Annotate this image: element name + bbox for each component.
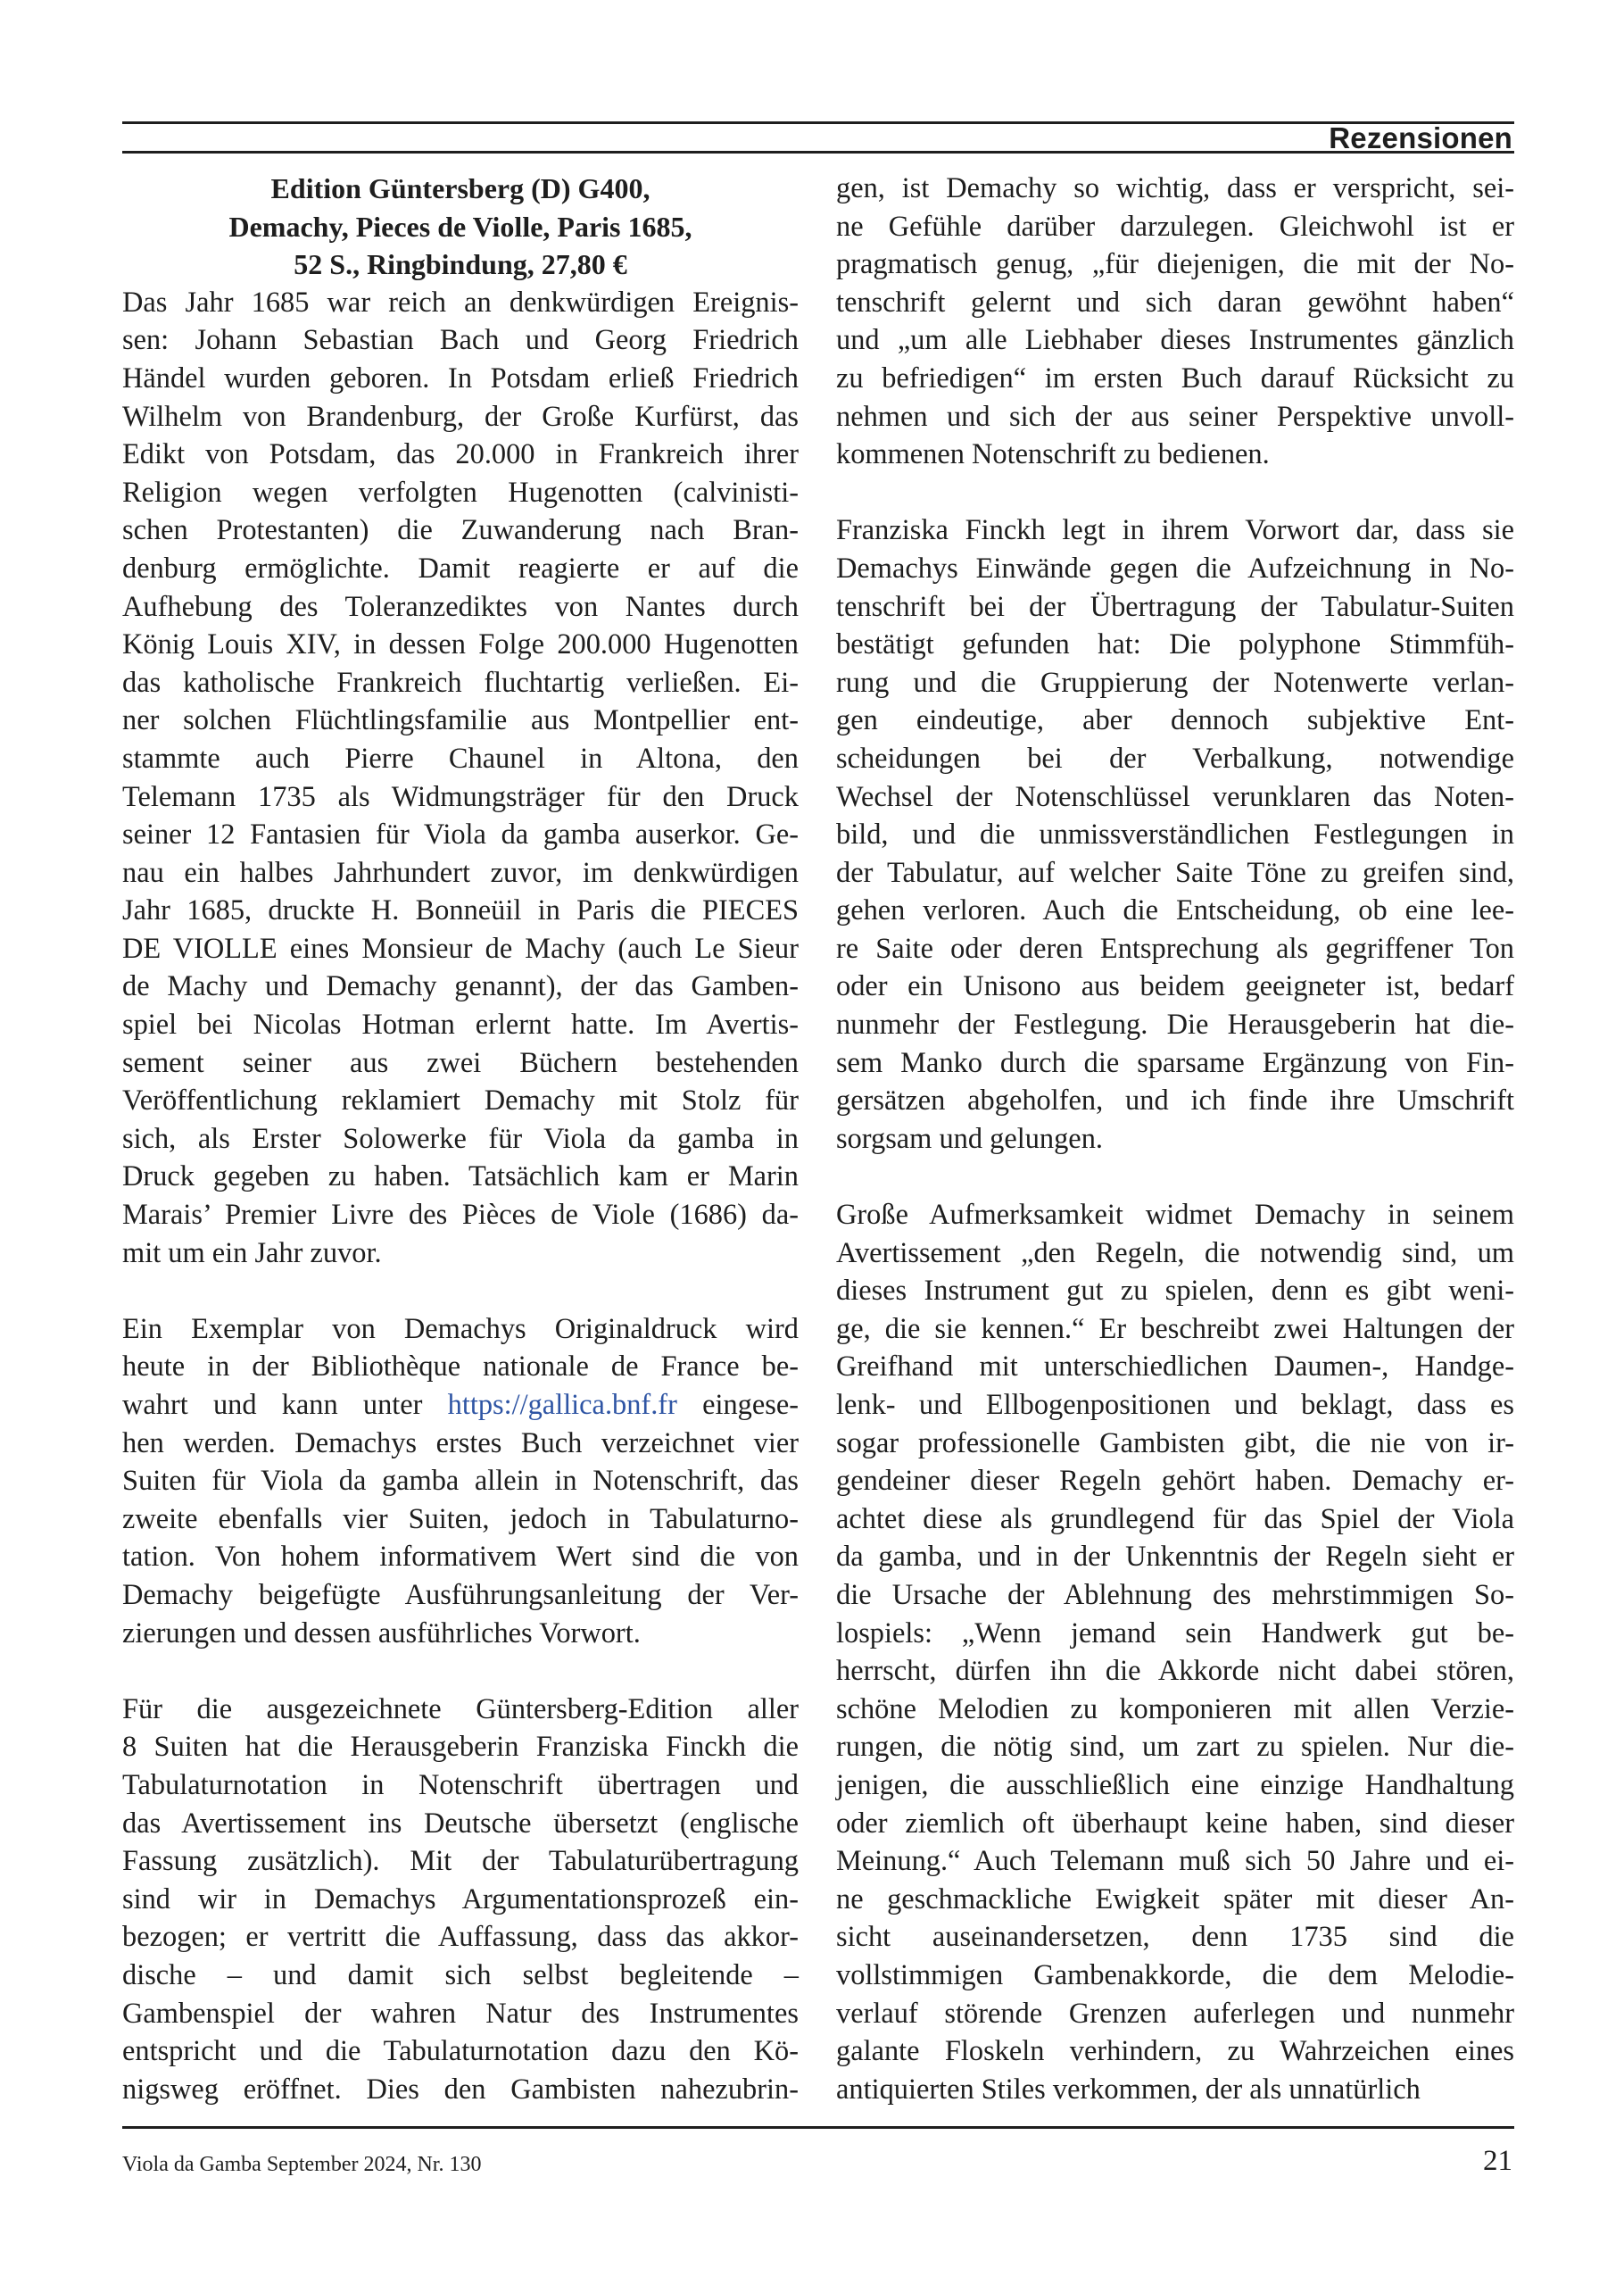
text-line: Große Aufmerksamkeit widmet Demachy in s… xyxy=(836,1196,1514,1234)
text-line: spiel bei Nicolas Hotman erlernt hatte. … xyxy=(122,1006,799,1044)
text-line: der Tabulatur, auf welcher Saite Töne zu… xyxy=(836,854,1514,893)
text-line: das Avertissement ins Deutsche übersetzt… xyxy=(122,1805,799,1843)
text-line: lospiels: „Wenn jemand sein Handwerk gut… xyxy=(836,1615,1514,1653)
text-line: sicht auseinandersetzen, denn 1735 sind … xyxy=(836,1918,1514,1957)
right-column-body: gen, ist Demachy so wichtig, dass er ver… xyxy=(836,170,1514,2108)
text-line: nigsweg eröffnet. Dies den Gambisten nah… xyxy=(122,2071,799,2109)
page-header: Rezensionen xyxy=(122,121,1514,154)
review-title-line: Demachy, Pieces de Violle, Paris 1685, xyxy=(122,208,799,246)
text-line: oder ein Unisono aus beidem geeigneter i… xyxy=(836,968,1514,1006)
text-line: heute in der Bibliothèque nationale de F… xyxy=(122,1348,799,1386)
text-line: 8 Suiten hat die Herausgeberin Franziska… xyxy=(122,1728,799,1766)
text-line: sich, als Erster Solowerke für Viola da … xyxy=(122,1120,799,1159)
review-title-line: Edition Güntersberg (D) G400, xyxy=(122,170,799,208)
text-line: gendeiner dieser Regeln gehört haben. De… xyxy=(836,1462,1514,1500)
paragraph: Franziska Finckh legt in ihrem Vorwort d… xyxy=(836,511,1514,1158)
text-line: oder ziemlich oft überhaupt keine haben,… xyxy=(836,1805,1514,1843)
text-line: scheidungen bei der Verbalkung, notwendi… xyxy=(836,740,1514,778)
text-line: Religion wegen verfolgten Hugenotten (ca… xyxy=(122,474,799,512)
text-line: Suiten für Viola da gamba allein in Note… xyxy=(122,1462,799,1500)
text-line: denburg ermöglichte. Damit reagierte er … xyxy=(122,550,799,588)
text-line: Demachys Einwände gegen die Aufzeichnung… xyxy=(836,550,1514,588)
text-line: sorgsam und gelungen. xyxy=(836,1120,1514,1159)
text-line: sem Manko durch die sparsame Ergänzung v… xyxy=(836,1044,1514,1083)
text-line: Aufhebung des Toleranzediktes von Nantes… xyxy=(122,588,799,627)
text-line: tenschrift gelernt und sich daran gewöhn… xyxy=(836,284,1514,322)
text-line: dieses Instrument gut zu spielen, denn e… xyxy=(836,1272,1514,1310)
text-line: da gamba, und in der Unkenntnis der Rege… xyxy=(836,1538,1514,1576)
text-line: schen Protestanten) die Zuwanderung nach… xyxy=(122,511,799,550)
left-column-body: Das Jahr 1685 war reich an denkwürdigen … xyxy=(122,284,799,2109)
text-line: bezogen; er vertritt die Auffassung, das… xyxy=(122,1918,799,1957)
page-footer: Viola da Gamba September 2024, Nr. 130 2… xyxy=(122,2126,1514,2129)
text-line: entspricht und die Tabulaturnotation daz… xyxy=(122,2032,799,2071)
text-line: ne geschmackliche Ewigkeit später mit di… xyxy=(836,1881,1514,1919)
text-line: ner solchen Flüchtlingsfamilie aus Montp… xyxy=(122,702,799,740)
paragraph: Für die ausgezeichnete Güntersberg-Editi… xyxy=(122,1691,799,2109)
text-line: Fassung zusätzlich). Mit der Tabulaturüb… xyxy=(122,1842,799,1881)
text-line: König Louis XIV, in dessen Folge 200.000… xyxy=(122,626,799,664)
text-line: kommenen Notenschrift zu bedienen. xyxy=(836,436,1514,474)
text-line: achtet diese als grundlegend für das Spi… xyxy=(836,1500,1514,1539)
text-line: Händel wurden geboren. In Potsdam erließ… xyxy=(122,360,799,398)
text-line: Meinung.“ Auch Telemann muß sich 50 Jahr… xyxy=(836,1842,1514,1881)
text-line: tation. Von hohem informativem Wert sind… xyxy=(122,1538,799,1576)
text-line: sogar professionelle Gambisten gibt, die… xyxy=(836,1425,1514,1463)
text-line: Für die ausgezeichnete Güntersberg-Editi… xyxy=(122,1691,799,1729)
text-line: und „um alle Liebhaber dieses Instrument… xyxy=(836,321,1514,360)
text-line: stammte auch Pierre Chaunel in Altona, d… xyxy=(122,740,799,778)
text-line: antiquierten Stiles verkommen, der als u… xyxy=(836,2071,1514,2109)
text-line: zierungen und dessen ausführliches Vorwo… xyxy=(122,1615,799,1653)
footer-publication: Viola da Gamba September 2024, Nr. 130 xyxy=(122,2152,481,2177)
text-line: dische – und damit sich selbst begleiten… xyxy=(122,1957,799,1995)
text-line: rungen, die nötig sind, um zart zu spiel… xyxy=(836,1728,1514,1766)
right-column: gen, ist Demachy so wichtig, dass er ver… xyxy=(836,170,1514,2108)
gallica-link[interactable]: https://gallica.bnf.fr xyxy=(448,1389,677,1421)
text-line: bestätigt gefunden hat: Die polyphone St… xyxy=(836,626,1514,664)
text-line: Demachy beigefügte Ausführungsanleitung … xyxy=(122,1576,799,1615)
text-line: ge, die sie kennen.“ Er beschreibt zwei … xyxy=(836,1310,1514,1349)
text-line: rung und die Gruppierung der Notenwerte … xyxy=(836,664,1514,702)
text-line: Das Jahr 1685 war reich an denkwürdigen … xyxy=(122,284,799,322)
section-label: Rezensionen xyxy=(1329,123,1512,154)
text-line: Greifhand mit unterschiedlichen Daumen-,… xyxy=(836,1348,1514,1386)
text-line: mit um ein Jahr zuvor. xyxy=(122,1234,799,1273)
text-line: re Saite oder deren Entsprechung als geg… xyxy=(836,930,1514,968)
text-line: seiner 12 Fantasien für Viola da gamba a… xyxy=(122,816,799,854)
text-line: Veröffentlichung reklamiert Demachy mit … xyxy=(122,1082,799,1120)
text-line: Tabulaturnotation in Notenschrift übertr… xyxy=(122,1766,799,1805)
text-line: de Machy und Demachy genannt), der das G… xyxy=(122,968,799,1006)
text-line: die Ursache der Ablehnung des mehrstimmi… xyxy=(836,1576,1514,1615)
text-line: hen werden. Demachys erstes Buch verzeic… xyxy=(122,1425,799,1463)
text-line: tenschrift bei der Übertragung der Tabul… xyxy=(836,588,1514,627)
paragraph: Große Aufmerksamkeit widmet Demachy in s… xyxy=(836,1196,1514,2108)
text-line: gehen verloren. Auch die Entscheidung, o… xyxy=(836,892,1514,930)
text-line: nau ein halbes Jahrhundert zuvor, im den… xyxy=(122,854,799,893)
text-line: Edikt von Potsdam, das 20.000 in Frankre… xyxy=(122,436,799,474)
text-line: lenk- und Ellbogenpositionen und beklagt… xyxy=(836,1386,1514,1425)
text-line: ne Gefühle darüber darzulegen. Gleichwoh… xyxy=(836,208,1514,246)
text-line: galante Floskeln verhindern, zu Wahrzeic… xyxy=(836,2032,1514,2071)
text-line: sind wir in Demachys Argumentationsproze… xyxy=(122,1881,799,1919)
text-line: sen: Johann Sebastian Bach und Georg Fri… xyxy=(122,321,799,360)
text-line: Franziska Finckh legt in ihrem Vorwort d… xyxy=(836,511,1514,550)
text-line: zu befriedigen“ im ersten Buch darauf Rü… xyxy=(836,360,1514,398)
paragraph: Das Jahr 1685 war reich an denkwürdigen … xyxy=(122,284,799,1272)
text-line: bild, und die unmissverständlichen Festl… xyxy=(836,816,1514,854)
text-line: gen, ist Demachy so wichtig, dass er ver… xyxy=(836,170,1514,208)
text-line: gen eindeutige, aber dennoch subjektive … xyxy=(836,702,1514,740)
text-line: zweite ebenfalls vier Suiten, jedoch in … xyxy=(122,1500,799,1539)
text-line: verlauf störende Grenzen auferlegen und … xyxy=(836,1995,1514,2033)
text-line: herrscht, dürfen ihn die Akkorde nicht d… xyxy=(836,1652,1514,1691)
text-line: Marais’ Premier Livre des Pièces de Viol… xyxy=(122,1196,799,1234)
text-line: jenigen, die ausschließlich eine einzige… xyxy=(836,1766,1514,1805)
text-line: Jahr 1685, druckte H. Bonneüil in Paris … xyxy=(122,892,799,930)
text-line: Ein Exemplar von Demachys Originaldruck … xyxy=(122,1310,799,1349)
text-line: gersätzen abgeholfen, und ich finde ihre… xyxy=(836,1082,1514,1120)
text-line: wahrt und kann unter https://gallica.bnf… xyxy=(122,1386,799,1425)
text-line: pragmatisch genug, „für diejenigen, die … xyxy=(836,245,1514,284)
text-line: Gambenspiel der wahren Natur des Instrum… xyxy=(122,1995,799,2033)
text-line: das katholische Frankreich fluchtartig v… xyxy=(122,664,799,702)
text-line: Avertissement „den Regeln, die notwendig… xyxy=(836,1234,1514,1273)
text-line: sement seiner aus zwei Büchern bestehend… xyxy=(122,1044,799,1083)
text-line: nunmehr der Festlegung. Die Herausgeberi… xyxy=(836,1006,1514,1044)
review-title-line: 52 S., Ringbindung, 27,80 € xyxy=(122,245,799,284)
text-line: Wechsel der Notenschlüssel verunklaren d… xyxy=(836,778,1514,817)
text-line: nehmen und sich der aus seiner Perspekti… xyxy=(836,398,1514,436)
paragraph: Ein Exemplar von Demachys Originaldruck … xyxy=(122,1310,799,1652)
text-line: DE VIOLLE eines Monsieur de Machy (auch … xyxy=(122,930,799,968)
text-line: Telemann 1735 als Widmungsträger für den… xyxy=(122,778,799,817)
text-line: Wilhelm von Brandenburg, der Große Kurfü… xyxy=(122,398,799,436)
left-column: Edition Güntersberg (D) G400, Demachy, P… xyxy=(122,170,799,2108)
text-line: schöne Melodien zu komponieren mit allen… xyxy=(836,1691,1514,1729)
text-line: Druck gegeben zu haben. Tatsächlich kam … xyxy=(122,1158,799,1196)
paragraph: gen, ist Demachy so wichtig, dass er ver… xyxy=(836,170,1514,474)
text-line: vollstimmigen Gambenakkorde, die dem Mel… xyxy=(836,1957,1514,1995)
page-number: 21 xyxy=(1483,2145,1512,2177)
review-title: Edition Güntersberg (D) G400, Demachy, P… xyxy=(122,170,799,284)
